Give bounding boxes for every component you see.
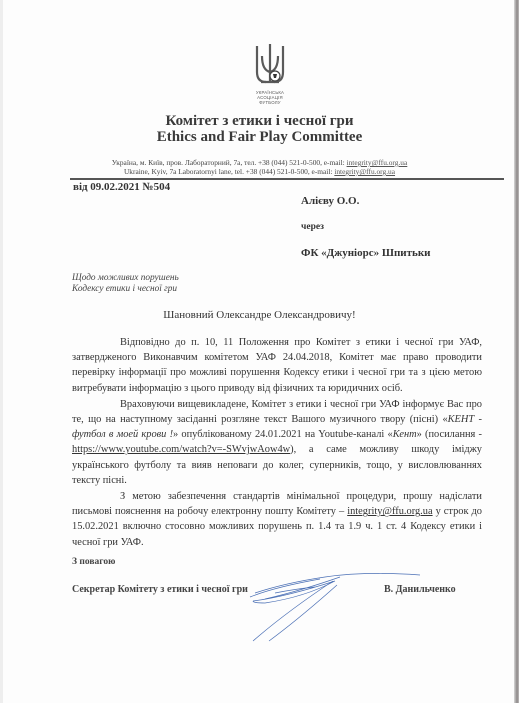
paragraph-3: З метою забезпечення стандартів мінімаль… [72, 489, 482, 550]
email-link-en[interactable]: integrity@ffu.org.ua [334, 167, 395, 176]
letterhead-divider [70, 178, 504, 180]
scan-left-edge [0, 0, 3, 703]
youtube-link[interactable]: https://www.youtube.com/watch?v=-SWvjwAo… [72, 444, 290, 455]
document-page: УКРАЇНСЬКА АСОЦІАЦІЯ ФУТБОЛУ Комітет з е… [0, 0, 519, 703]
address-ua: Україна, м. Київ, пров. Лабораторний, 7а… [0, 158, 519, 167]
subject: Щодо можливих порушень Кодексу етики і ч… [72, 273, 179, 295]
recipient-name: Алієву О.О. [301, 195, 359, 207]
email-link-ua[interactable]: integrity@ffu.org.ua [347, 158, 408, 167]
closing: З повагою [72, 557, 115, 567]
committee-title-ua: Комітет з етики і чесної гри [0, 113, 519, 130]
recipient-club: ФК «Джуніорс» Шпитьки [301, 247, 431, 259]
handwritten-signature-icon [245, 563, 425, 643]
address-en: Ukraine, Kyiv, 7a Laboratornyi lane, tel… [0, 167, 519, 176]
date-number: від 09.02.2021 №504 [73, 181, 170, 193]
letter-body: Відповідно до п. 10, 11 Положення про Ко… [72, 335, 482, 550]
committee-email-link[interactable]: integrity@ffu.org.ua [347, 506, 432, 517]
committee-title-en: Ethics and Fair Play Committee [0, 129, 519, 146]
uaf-logo: УКРАЇНСЬКА АСОЦІАЦІЯ ФУТБОЛУ [246, 42, 294, 108]
paragraph-2: Враховуючи вищевикладене, Комітет з етик… [72, 397, 482, 488]
paragraph-1: Відповідно до п. 10, 11 Положення про Ко… [72, 335, 482, 396]
signatory-title: Секретар Комітету з етики і чесної гри [72, 584, 248, 595]
logo-caption: УКРАЇНСЬКА АСОЦІАЦІЯ ФУТБОЛУ [246, 90, 294, 105]
trident-emblem-icon [252, 42, 288, 90]
scan-right-edge [514, 0, 519, 703]
channel-name: Кент [393, 429, 417, 440]
recipient-via: через [301, 222, 324, 232]
salutation: Шановний Олександре Олександровичу! [0, 309, 519, 321]
